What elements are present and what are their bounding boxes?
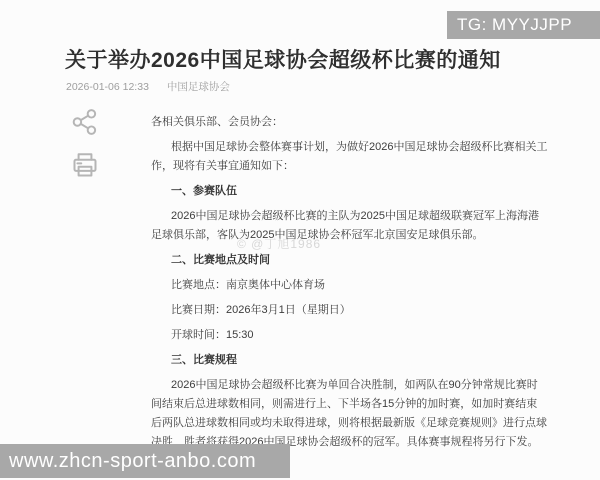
section-heading-rules: 三、比赛规程	[151, 351, 548, 370]
section-heading-venue-time: 二、比赛地点及时间	[151, 251, 548, 270]
page-title: 关于举办2026中国足球协会超级杯比赛的通知	[65, 44, 565, 74]
print-button[interactable]	[71, 151, 99, 179]
article-actions	[71, 108, 101, 194]
section-heading-teams: 一、参赛队伍	[151, 182, 548, 201]
rules-paragraph: 2026中国足球协会超级杯比赛为单回合决胜制，如两队在90分钟常规比赛时间结束后…	[151, 376, 548, 452]
site-watermark-badge: www.zhcn-sport-anbo.com	[0, 444, 290, 478]
publish-date: 2026-01-06 12:33	[66, 81, 149, 93]
match-date-line: 比赛日期：2026年3月1日（星期日）	[151, 301, 548, 320]
article-meta: 2026-01-06 12:33中国足球协会	[66, 79, 230, 94]
center-watermark: © @丁旭1986	[237, 235, 321, 252]
printer-icon	[71, 167, 99, 182]
intro-paragraph: 根据中国足球协会整体赛事计划，为做好2026中国足球协会超级杯比赛相关工作，现将…	[151, 138, 548, 176]
teams-paragraph: 2026中国足球协会超级杯比赛的主队为2025中国足球超级联赛冠军上海海港足球俱…	[151, 207, 548, 245]
venue-line: 比赛地点：南京奥体中心体育场	[151, 276, 548, 295]
salutation: 各相关俱乐部、会员协会：	[151, 113, 548, 132]
source-name: 中国足球协会	[167, 81, 230, 93]
share-icon	[71, 124, 99, 139]
article-body: 各相关俱乐部、会员协会： 根据中国足球协会整体赛事计划，为做好2026中国足球协…	[151, 113, 548, 458]
share-button[interactable]	[71, 108, 99, 136]
kickoff-time-line: 开球时间：15:30	[151, 326, 548, 345]
tg-watermark-badge: TG: MYYJJPP	[447, 11, 600, 39]
